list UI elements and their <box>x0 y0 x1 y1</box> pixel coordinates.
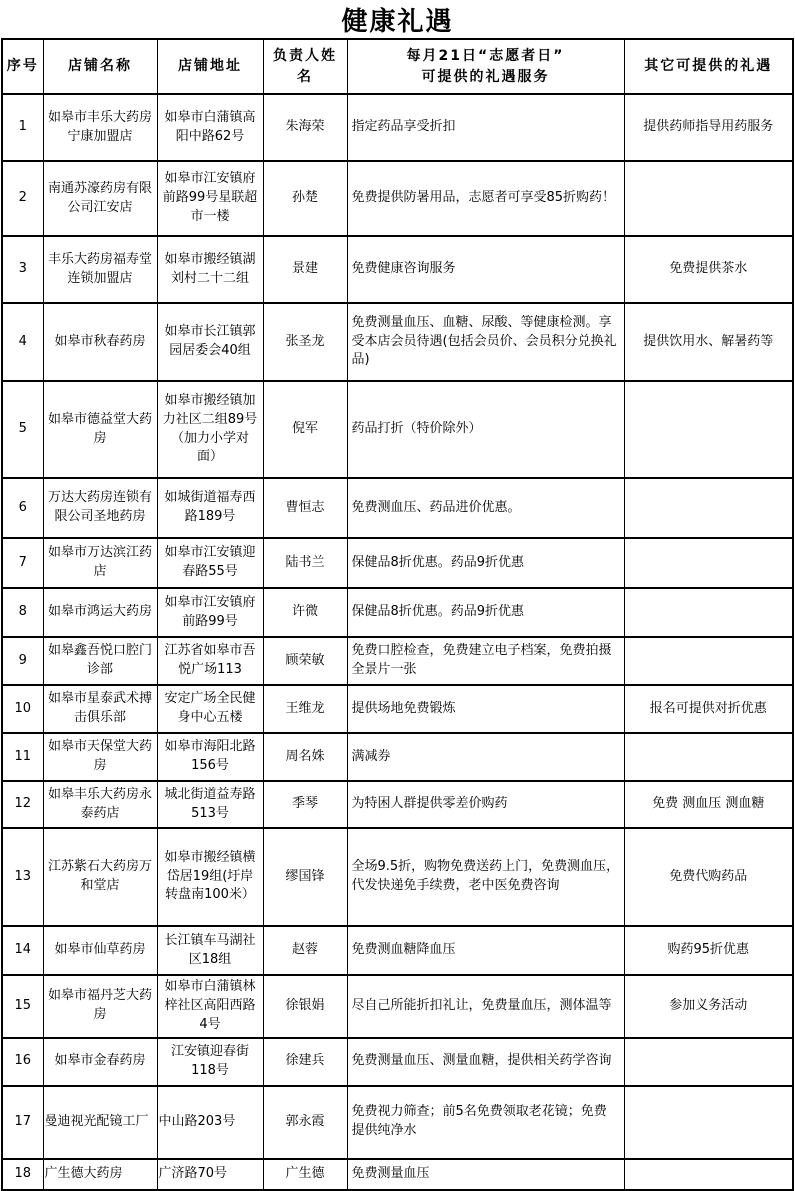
cell-store-address: 如皋市江安镇迎春路55号 <box>157 538 263 588</box>
cell-service: 满减券 <box>347 733 624 781</box>
cell-person-name: 陆书兰 <box>263 538 347 588</box>
health-benefits-page: 健康礼遇 序号 店铺名称 店铺地址 负责人姓名 每月21日“志愿者日” 可提供的… <box>0 0 795 1191</box>
cell-store-address: 安定广场全民健身中心五楼 <box>157 685 263 733</box>
cell-num: 17 <box>2 1086 43 1159</box>
cell-store-name: 如皋市德益堂大药房 <box>43 381 157 478</box>
cell-service: 免费测血压、药品进价优惠。 <box>347 478 624 538</box>
cell-service: 免费健康咨询服务 <box>347 236 624 303</box>
cell-other: 购药95折优惠 <box>624 926 793 975</box>
table-row: 16 如皋市金春药房 江安镇迎春街118号 徐建兵 免费测量血压、测量血糖，提供… <box>2 1038 793 1086</box>
cell-person-name: 季琴 <box>263 781 347 828</box>
cell-store-address: 如皋市海阳北路156号 <box>157 733 263 781</box>
cell-other: 免费 测血压 测血糖 <box>624 781 793 828</box>
cell-service: 免费测量血压、测量血糖，提供相关药学咨询 <box>347 1038 624 1086</box>
cell-service: 免费测量血压 <box>347 1159 624 1190</box>
table-row: 18 广生德大药房 广济路70号 广生德 免费测量血压 <box>2 1159 793 1190</box>
cell-service: 免费测血糖降血压 <box>347 926 624 975</box>
cell-num: 13 <box>2 828 43 926</box>
table-row: 5 如皋市德益堂大药房 如皋市搬经镇加力社区二组89号（加力小学对面） 倪军 药… <box>2 381 793 478</box>
header-num: 序号 <box>2 39 43 94</box>
cell-service: 免费口腔检查，免费建立电子档案，免费拍摄全景片一张 <box>347 637 624 685</box>
cell-person-name: 朱海荣 <box>263 94 347 161</box>
cell-person-name: 赵蓉 <box>263 926 347 975</box>
table-row: 6 万达大药房连锁有限公司圣地药房 如城街道福寿西路189号 曹恒志 免费测血压… <box>2 478 793 538</box>
cell-num: 14 <box>2 926 43 975</box>
cell-person-name: 顾荣敏 <box>263 637 347 685</box>
cell-other <box>624 733 793 781</box>
cell-num: 1 <box>2 94 43 161</box>
cell-other: 提供药师指导用药服务 <box>624 94 793 161</box>
cell-store-address: 如皋市白蒲镇高阳中路62号 <box>157 94 263 161</box>
cell-person-name: 曹恒志 <box>263 478 347 538</box>
header-store-name: 店铺名称 <box>43 39 157 94</box>
cell-other: 报名可提供对折优惠 <box>624 685 793 733</box>
cell-store-name: 如皋市天保堂大药房 <box>43 733 157 781</box>
cell-num: 11 <box>2 733 43 781</box>
table-row: 3 丰乐大药房福寿堂连锁加盟店 如皋市搬经镇湖刘村二十二组 景建 免费健康咨询服… <box>2 236 793 303</box>
cell-num: 6 <box>2 478 43 538</box>
table-body: 1 如皋市丰乐大药房宁康加盟店 如皋市白蒲镇高阳中路62号 朱海荣 指定药品享受… <box>2 94 793 1190</box>
cell-other <box>624 538 793 588</box>
cell-store-name: 广生德大药房 <box>43 1159 157 1190</box>
cell-num: 8 <box>2 588 43 637</box>
cell-num: 15 <box>2 975 43 1038</box>
cell-person-name: 王维龙 <box>263 685 347 733</box>
cell-service: 提供场地免费锻炼 <box>347 685 624 733</box>
cell-service: 保健品8折优惠。药品9折优惠 <box>347 538 624 588</box>
table-row: 1 如皋市丰乐大药房宁康加盟店 如皋市白蒲镇高阳中路62号 朱海荣 指定药品享受… <box>2 94 793 161</box>
cell-num: 2 <box>2 161 43 236</box>
cell-service: 药品打折（特价除外） <box>347 381 624 478</box>
table-row: 2 南通苏濠药房有限公司江安店 如皋市江安镇府前路99号星联超市一楼 孙楚 免费… <box>2 161 793 236</box>
header-row: 序号 店铺名称 店铺地址 负责人姓名 每月21日“志愿者日” 可提供的礼遇服务 … <box>2 39 793 94</box>
cell-store-name: 如皋市鸿运大药房 <box>43 588 157 637</box>
cell-store-address: 如城街道福寿西路189号 <box>157 478 263 538</box>
cell-num: 9 <box>2 637 43 685</box>
cell-person-name: 徐建兵 <box>263 1038 347 1086</box>
cell-store-name: 曼迪视光配镜工厂 <box>43 1086 157 1159</box>
cell-num: 7 <box>2 538 43 588</box>
cell-other: 提供饮用水、解暑药等 <box>624 303 793 381</box>
cell-store-address: 如皋市搬经镇横岱居19组(圩岸转盘南100米） <box>157 828 263 926</box>
cell-store-name: 如皋鑫吾悦口腔门诊部 <box>43 637 157 685</box>
cell-store-address: 如皋市江安镇府前路99号星联超市一楼 <box>157 161 263 236</box>
cell-other <box>624 1086 793 1159</box>
header-service: 每月21日“志愿者日” 可提供的礼遇服务 <box>347 39 624 94</box>
cell-num: 4 <box>2 303 43 381</box>
header-store-address: 店铺地址 <box>157 39 263 94</box>
cell-store-address: 广济路70号 <box>157 1159 263 1190</box>
table-row: 4 如皋市秋春药房 如皋市长江镇郭园居委会40组 张圣龙 免费测量血压、血糖、尿… <box>2 303 793 381</box>
cell-store-address: 如皋市长江镇郭园居委会40组 <box>157 303 263 381</box>
header-service-line2: 可提供的礼遇服务 <box>350 67 622 88</box>
cell-store-name: 南通苏濠药房有限公司江安店 <box>43 161 157 236</box>
cell-store-name: 江苏紫石大药房万和堂店 <box>43 828 157 926</box>
header-service-line1: 每月21日“志愿者日” <box>350 46 622 67</box>
cell-person-name: 倪军 <box>263 381 347 478</box>
table-row: 10 如皋市星泰武术搏击俱乐部 安定广场全民健身中心五楼 王维龙 提供场地免费锻… <box>2 685 793 733</box>
header-other: 其它可提供的礼遇 <box>624 39 793 94</box>
benefits-table: 序号 店铺名称 店铺地址 负责人姓名 每月21日“志愿者日” 可提供的礼遇服务 … <box>1 38 794 1191</box>
cell-store-name: 如皋市仙草药房 <box>43 926 157 975</box>
cell-store-address: 江安镇迎春街118号 <box>157 1038 263 1086</box>
cell-num: 16 <box>2 1038 43 1086</box>
cell-store-name: 如皋市金春药房 <box>43 1038 157 1086</box>
cell-other: 参加义务活动 <box>624 975 793 1038</box>
cell-person-name: 徐银娟 <box>263 975 347 1038</box>
cell-person-name: 周名姝 <box>263 733 347 781</box>
cell-num: 3 <box>2 236 43 303</box>
cell-service: 保健品8折优惠。药品9折优惠 <box>347 588 624 637</box>
table-row: 17 曼迪视光配镜工厂 中山路203号 郭永霞 免费视力筛查；前5名免费领取老花… <box>2 1086 793 1159</box>
cell-other <box>624 478 793 538</box>
cell-num: 18 <box>2 1159 43 1190</box>
cell-person-name: 郭永霞 <box>263 1086 347 1159</box>
cell-person-name: 许微 <box>263 588 347 637</box>
cell-other: 免费提供茶水 <box>624 236 793 303</box>
cell-other: 免费代购药品 <box>624 828 793 926</box>
table-row: 9 如皋鑫吾悦口腔门诊部 江苏省如皋市吾悦广场113 顾荣敏 免费口腔检查，免费… <box>2 637 793 685</box>
cell-store-name: 如皋市丰乐大药房宁康加盟店 <box>43 94 157 161</box>
table-row: 8 如皋市鸿运大药房 如皋市江安镇府前路99号 许微 保健品8折优惠。药品9折优… <box>2 588 793 637</box>
cell-store-address: 江苏省如皋市吾悦广场113 <box>157 637 263 685</box>
cell-person-name: 缪国锋 <box>263 828 347 926</box>
cell-service: 指定药品享受折扣 <box>347 94 624 161</box>
cell-store-address: 中山路203号 <box>157 1086 263 1159</box>
cell-store-address: 城北街道益寿路513号 <box>157 781 263 828</box>
table-row: 13 江苏紫石大药房万和堂店 如皋市搬经镇横岱居19组(圩岸转盘南100米） 缪… <box>2 828 793 926</box>
cell-service: 免费视力筛查；前5名免费领取老花镜；免费提供纯净水 <box>347 1086 624 1159</box>
cell-store-name: 如皋丰乐大药房永泰药店 <box>43 781 157 828</box>
cell-person-name: 景建 <box>263 236 347 303</box>
table-row: 12 如皋丰乐大药房永泰药店 城北街道益寿路513号 季琴 为特困人群提供零差价… <box>2 781 793 828</box>
cell-store-address: 如皋市江安镇府前路99号 <box>157 588 263 637</box>
cell-store-address: 如皋市搬经镇加力社区二组89号（加力小学对面） <box>157 381 263 478</box>
cell-store-address: 如皋市白蒲镇林梓社区高阳西路4号 <box>157 975 263 1038</box>
cell-service: 尽自己所能折扣礼让，免费量血压，测体温等 <box>347 975 624 1038</box>
cell-store-name: 万达大药房连锁有限公司圣地药房 <box>43 478 157 538</box>
cell-person-name: 孙楚 <box>263 161 347 236</box>
cell-service: 全场9.5折，购物免费送药上门，免费测血压，代发快递免手续费，老中医免费咨询 <box>347 828 624 926</box>
cell-service: 免费提供防暑用品，志愿者可享受85折购药！ <box>347 161 624 236</box>
cell-store-address: 长江镇车马湖社区18组 <box>157 926 263 975</box>
cell-num: 10 <box>2 685 43 733</box>
table-row: 7 如皋市万达滨江药店 如皋市江安镇迎春路55号 陆书兰 保健品8折优惠。药品9… <box>2 538 793 588</box>
cell-other <box>624 1038 793 1086</box>
cell-store-name: 如皋市福丹芝大药房 <box>43 975 157 1038</box>
cell-store-name: 丰乐大药房福寿堂连锁加盟店 <box>43 236 157 303</box>
cell-other <box>624 1159 793 1190</box>
table-row: 15 如皋市福丹芝大药房 如皋市白蒲镇林梓社区高阳西路4号 徐银娟 尽自己所能折… <box>2 975 793 1038</box>
cell-store-name: 如皋市星泰武术搏击俱乐部 <box>43 685 157 733</box>
cell-other <box>624 637 793 685</box>
table-row: 11 如皋市天保堂大药房 如皋市海阳北路156号 周名姝 满减券 <box>2 733 793 781</box>
cell-other <box>624 161 793 236</box>
cell-other <box>624 588 793 637</box>
table-row: 14 如皋市仙草药房 长江镇车马湖社区18组 赵蓉 免费测血糖降血压 购药95折… <box>2 926 793 975</box>
cell-store-address: 如皋市搬经镇湖刘村二十二组 <box>157 236 263 303</box>
cell-store-name: 如皋市秋春药房 <box>43 303 157 381</box>
cell-other <box>624 381 793 478</box>
cell-service: 为特困人群提供零差价购药 <box>347 781 624 828</box>
page-title: 健康礼遇 <box>0 0 795 38</box>
cell-person-name: 张圣龙 <box>263 303 347 381</box>
header-person: 负责人姓名 <box>263 39 347 94</box>
cell-person-name: 广生德 <box>263 1159 347 1190</box>
cell-service: 免费测量血压、血糖、尿酸、等健康检测。享受本店会员待遇(包括会员价、会员积分兑换… <box>347 303 624 381</box>
cell-num: 12 <box>2 781 43 828</box>
cell-store-name: 如皋市万达滨江药店 <box>43 538 157 588</box>
cell-num: 5 <box>2 381 43 478</box>
